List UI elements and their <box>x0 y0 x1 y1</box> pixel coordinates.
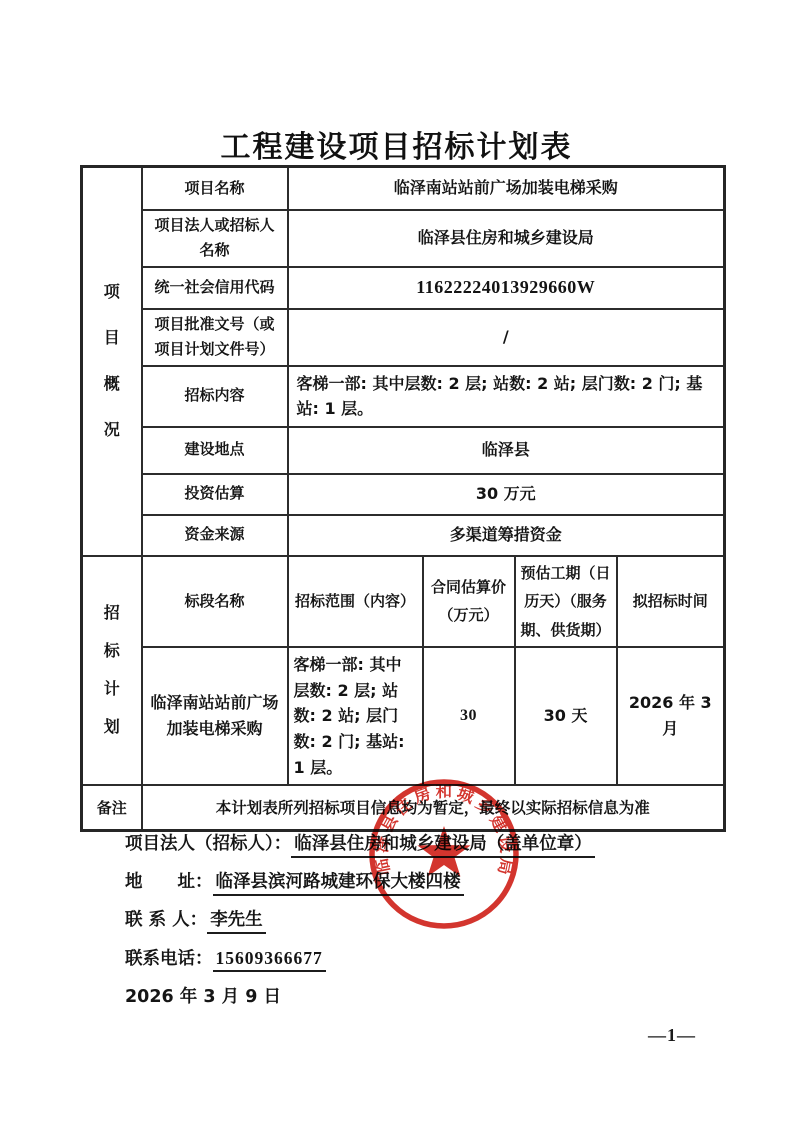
footer-value-address: 临泽县滨河路城建环保大楼四楼 <box>213 872 464 896</box>
row-label-remark: 备注 <box>82 785 142 830</box>
tender-plan-table: 项 目 概 况 项目名称 临泽南站站前广场加装电梯采购 项目法人或招标人名称 临… <box>80 165 726 832</box>
footer-date: 2026 年 3 月 9 日 <box>125 985 595 1009</box>
footer-value-legal-person: 临泽县住房和城乡建设局（盖单位章） <box>291 834 595 858</box>
footer-block: 项目法人（招标人）：临泽县住房和城乡建设局（盖单位章） 地 址：临泽县滨河路城建… <box>125 832 595 1023</box>
table-row: 临泽南站站前广场加装电梯采购 客梯一部: 其中层数: 2 层; 站数: 2 站;… <box>82 647 725 785</box>
footer-line-phone: 联系电话：15609366677 <box>125 946 595 971</box>
header-tender-time: 拟招标时间 <box>617 556 725 648</box>
footer-line-address: 地 址：临泽县滨河路城建环保大楼四楼 <box>125 870 595 894</box>
footer-label-legal-person: 项目法人（招标人）： <box>125 834 291 854</box>
cell-tender-content: 客梯一部: 其中层数: 2 层; 站数: 2 站; 层门数: 2 门; 基站: … <box>288 366 725 427</box>
footer-label-contact: 联 系 人： <box>125 910 207 930</box>
page-number: —1— <box>648 1025 696 1046</box>
row-label-credit-code: 统一社会信用代码 <box>142 267 288 309</box>
header-section-name: 标段名称 <box>142 556 288 648</box>
cell-legal-person: 临泽县住房和城乡建设局 <box>288 210 725 267</box>
row-label-construction-site: 建设地点 <box>142 427 288 474</box>
header-scope: 招标范围（内容） <box>288 556 423 648</box>
cell-project-name: 临泽南站站前广场加装电梯采购 <box>288 167 725 210</box>
row-label-fund-source: 资金来源 <box>142 515 288 556</box>
row-label-project-name: 项目名称 <box>142 167 288 210</box>
cell-investment-estimate: 30 万元 <box>288 474 725 515</box>
document-page: 工程建设项目招标计划表 项 目 概 况 项目名称 临泽南站站前广场加装电梯采购 <box>0 0 793 1122</box>
page-title: 工程建设项目招标计划表 <box>0 122 793 166</box>
header-contract-price: 合同估算价（万元） <box>423 556 515 648</box>
cell-approval-number: / <box>288 309 725 366</box>
cell-tender-time: 2026 年 3 月 <box>617 647 725 785</box>
section-label-tender-plan: 招 标 计 划 <box>82 556 142 785</box>
footer-value-phone: 15609366677 <box>213 948 326 972</box>
cell-section-name: 临泽南站站前广场加装电梯采购 <box>142 647 288 785</box>
cell-fund-source: 多渠道筹措资金 <box>288 515 725 556</box>
cell-credit-code: 11622224013929660W <box>288 267 725 309</box>
row-label-investment-estimate: 投资估算 <box>142 474 288 515</box>
footer-label-phone: 联系电话： <box>125 949 213 969</box>
row-label-legal-person: 项目法人或招标人名称 <box>142 210 288 267</box>
header-duration: 预估工期（日历天）（服务期、供货期） <box>515 556 617 648</box>
cell-scope: 客梯一部: 其中层数: 2 层; 站数: 2 站; 层门数: 2 门; 基站: … <box>288 647 423 785</box>
row-label-approval-number: 项目批准文号（或项目计划文件号） <box>142 309 288 366</box>
section-label-project-overview: 项 目 概 况 <box>82 167 142 556</box>
cell-duration: 30 天 <box>515 647 617 785</box>
footer-label-address: 地 址： <box>125 872 213 892</box>
footer-line-contact: 联 系 人：李先生 <box>125 908 595 932</box>
footer-value-contact: 李先生 <box>207 910 266 934</box>
row-label-tender-content: 招标内容 <box>142 366 288 427</box>
cell-remark: 本计划表所列招标项目信息均为暂定，最终以实际招标信息为准 <box>142 785 725 830</box>
cell-contract-price: 30 <box>423 647 515 785</box>
footer-line-legal-person: 项目法人（招标人）：临泽县住房和城乡建设局（盖单位章） <box>125 832 595 856</box>
cell-construction-site: 临泽县 <box>288 427 725 474</box>
